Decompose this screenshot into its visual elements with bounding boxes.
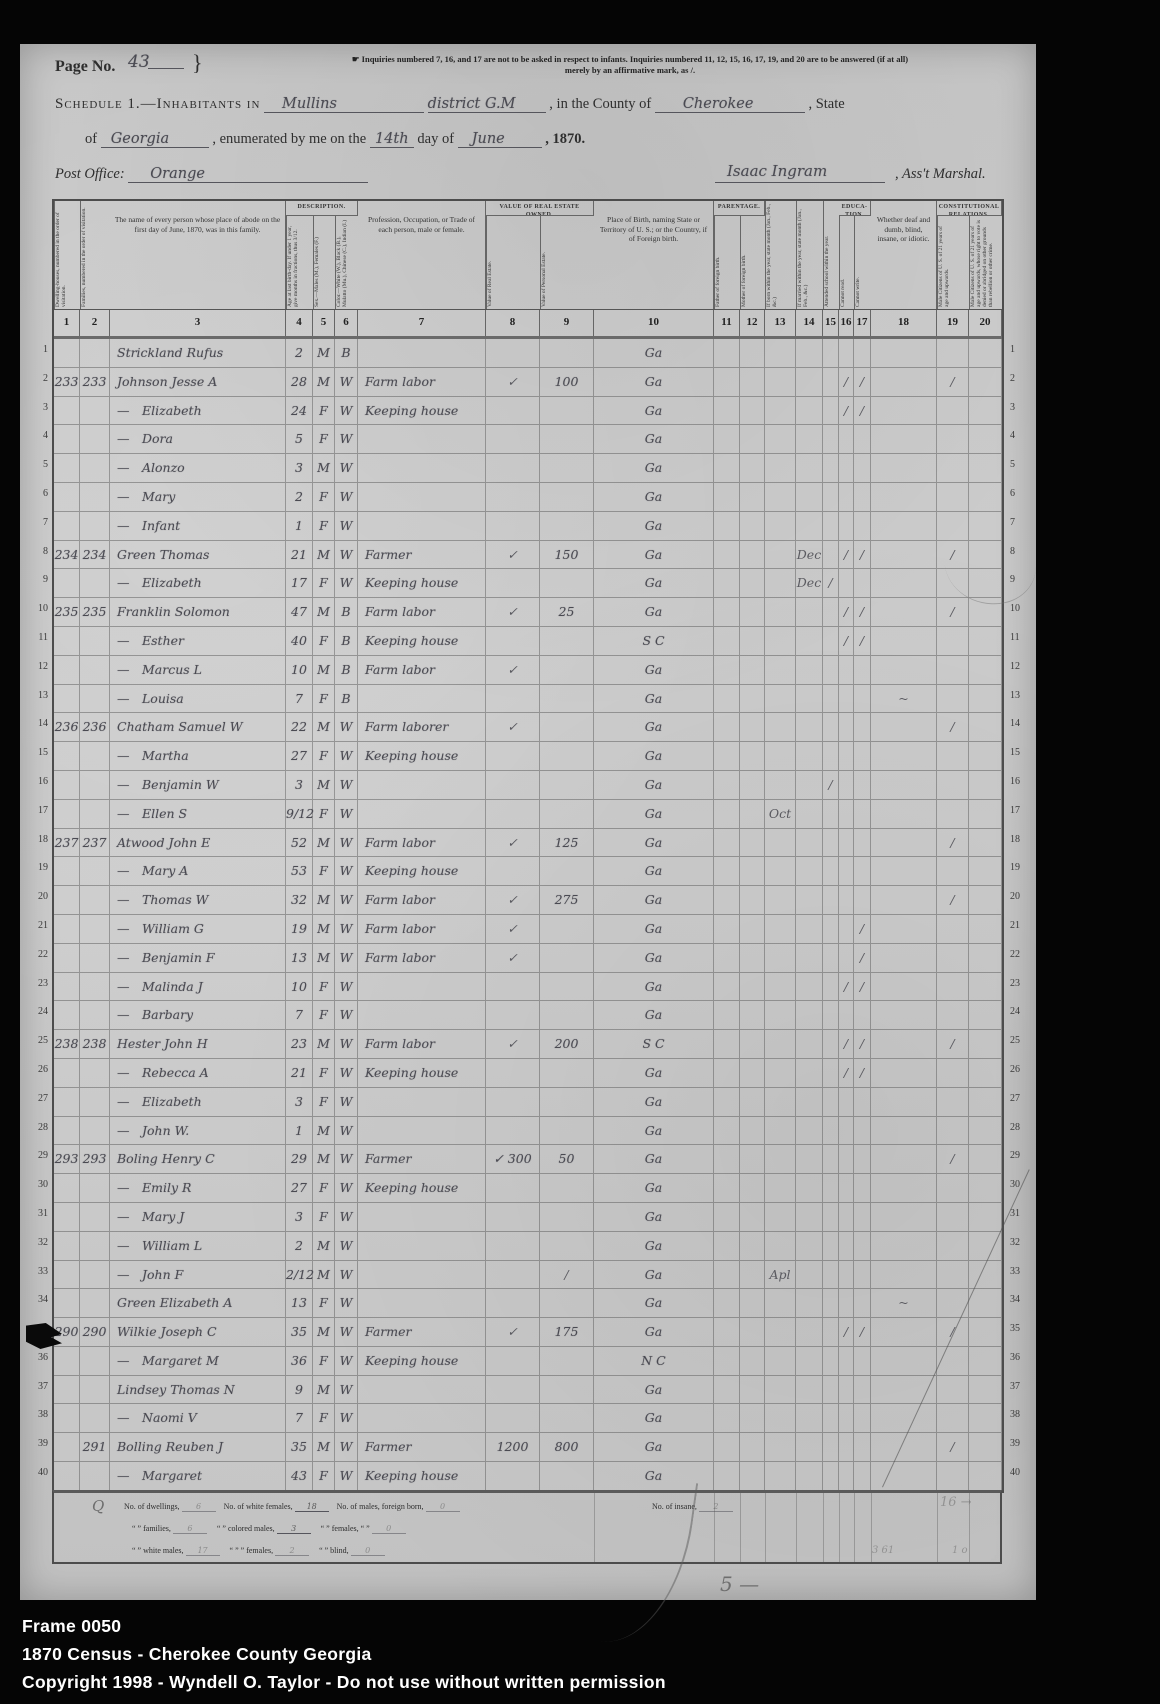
cell-col6: B <box>335 685 358 714</box>
cell-col1 <box>54 483 80 512</box>
cell-col17 <box>854 569 871 598</box>
cell-value-col7: Farm labor <box>365 374 435 389</box>
cell-col4: 28 <box>286 368 313 397</box>
cell-col5: F <box>313 569 335 598</box>
cell-value-col16: / <box>844 1036 848 1051</box>
cell-value-col4: 2 <box>295 345 303 360</box>
cell-col3: Green Thomas <box>110 541 286 570</box>
cell-col9 <box>540 771 594 800</box>
cell-col3: — Ellen S <box>110 800 286 829</box>
cell-col4: 40 <box>286 627 313 656</box>
marshal-title: , Ass't Marshal. <box>895 166 986 183</box>
cell-col19 <box>937 800 969 829</box>
cell-col7: Farm labor <box>358 656 486 685</box>
cell-col9 <box>540 1059 594 1088</box>
cell-value-col8: ✓ <box>507 921 517 936</box>
cell-value-col3: — Ellen S <box>117 806 187 821</box>
cell-col3: Atwood John E <box>110 829 286 858</box>
row-number: 2 <box>1010 365 1032 394</box>
cell-col7: Farmer <box>358 1433 486 1462</box>
cell-value-col10: Ga <box>645 1295 662 1310</box>
cell-col13 <box>765 1203 796 1232</box>
cell-col9: / <box>540 1261 594 1290</box>
cell-col19 <box>937 1462 969 1491</box>
day-value: 14th <box>370 131 414 148</box>
cell-col19 <box>937 483 969 512</box>
cell-value-col3: — Martha <box>117 748 189 763</box>
cell-col12 <box>740 339 765 368</box>
cell-value-col1: 238 <box>55 1036 79 1051</box>
cell-col2: 233 <box>80 368 110 397</box>
cell-value-col17: / <box>860 374 864 389</box>
cell-col16 <box>839 742 854 771</box>
cell-value-col3: Wilkie Joseph C <box>117 1324 217 1339</box>
cell-col13 <box>765 512 796 541</box>
cell-col8 <box>486 685 540 714</box>
cell-col8 <box>486 1289 540 1318</box>
cell-value-col7: Keeping house <box>365 748 458 763</box>
enumerated-label: , enumerated by me on the <box>212 131 366 147</box>
cell-col15 <box>823 512 839 541</box>
cell-col11 <box>714 368 740 397</box>
cell-col7 <box>358 1088 486 1117</box>
cell-value-col8: ✓ <box>507 835 517 850</box>
table-header: DESCRIPTION.VALUE OF REAL ESTATE OWNED.P… <box>54 201 1002 310</box>
cell-value-col10: S C <box>642 1036 664 1051</box>
cell-col20 <box>969 397 1002 426</box>
cell-value-col5: F <box>319 748 328 763</box>
cell-col15 <box>823 1203 839 1232</box>
cell-col7: Keeping house <box>358 857 486 886</box>
cell-col15 <box>823 1433 839 1462</box>
marshal-signature: Isaac Ingram <box>727 162 827 180</box>
row-number: 16 <box>26 768 48 797</box>
row-number: 4 <box>1010 422 1032 451</box>
cell-value-col2: 233 <box>83 374 107 389</box>
cell-col4: 7 <box>286 1404 313 1433</box>
cell-col9 <box>540 627 594 656</box>
cell-value-col3: — Dora <box>117 431 173 446</box>
cell-col18 <box>871 1117 937 1146</box>
cell-col3: Strickland Rufus <box>110 339 286 368</box>
cell-value-col10: Ga <box>645 460 662 475</box>
column-header-15: Attended school within the year. <box>823 201 839 309</box>
cell-value-col8: 1200 <box>497 1439 529 1454</box>
cell-value-col3: — Esther <box>117 633 184 648</box>
cell-col8 <box>486 569 540 598</box>
cell-col10: Ga <box>594 857 714 886</box>
cell-col6: W <box>335 800 358 829</box>
cell-value-col6: W <box>340 1382 353 1397</box>
cell-value-col5: F <box>319 863 328 878</box>
cell-value-col7: Farmer <box>365 1324 411 1339</box>
row-number: 10 <box>26 595 48 624</box>
cell-col5: F <box>313 973 335 1002</box>
cell-col13 <box>765 1289 796 1318</box>
cell-value-col5: M <box>317 662 330 677</box>
cell-value-col5: M <box>317 374 330 389</box>
cell-col16 <box>839 339 854 368</box>
cell-col16: / <box>839 627 854 656</box>
cell-col1 <box>54 685 80 714</box>
cell-value-col4: 7 <box>295 1007 303 1022</box>
cell-col10: S C <box>594 627 714 656</box>
cell-col16 <box>839 1289 854 1318</box>
cell-col17 <box>854 1433 871 1462</box>
cell-col16 <box>839 1404 854 1433</box>
cell-col7 <box>358 1117 486 1146</box>
row-number: 38 <box>26 1401 48 1430</box>
cell-value-col4: 13 <box>291 1295 307 1310</box>
cell-value-col4: 43 <box>291 1468 307 1483</box>
cell-col5: F <box>313 1289 335 1318</box>
column-number-8: 8 <box>486 310 540 336</box>
colored-males-value: 3 <box>277 1524 311 1534</box>
cell-col19 <box>937 1347 969 1376</box>
cell-value-col3: Chatham Samuel W <box>117 719 243 734</box>
cell-col4: 3 <box>286 1088 313 1117</box>
cell-col18 <box>871 627 937 656</box>
cell-value-col7: Farm laborer <box>365 719 448 734</box>
cell-value-col17: / <box>860 547 864 562</box>
signature-blank <box>715 182 885 183</box>
cell-col9: 25 <box>540 598 594 627</box>
cell-col1: 236 <box>54 713 80 742</box>
cell-col3: — William G <box>110 915 286 944</box>
cell-col2 <box>80 425 110 454</box>
census-table: DESCRIPTION.VALUE OF REAL ESTATE OWNED.P… <box>52 199 1004 1493</box>
cell-col4: 9 <box>286 1376 313 1405</box>
cell-col15 <box>823 1001 839 1030</box>
cell-col12 <box>740 742 765 771</box>
cell-col13 <box>765 1462 796 1491</box>
cell-col18 <box>871 1232 937 1261</box>
cell-value-col19: / <box>950 604 954 619</box>
cell-col20 <box>969 1347 1002 1376</box>
cell-value-col6: W <box>340 1267 353 1282</box>
cell-col5: F <box>313 1203 335 1232</box>
cell-col13 <box>765 483 796 512</box>
cell-value-col14: Dec <box>797 575 821 590</box>
cell-value-col7: Keeping house <box>365 863 458 878</box>
row-number: 17 <box>1010 797 1032 826</box>
cell-col6: W <box>335 454 358 483</box>
column-header-6: Color.—White (W.), Black (B.), Mulatto (… <box>335 216 358 309</box>
table-row: — Ellen S9/12FWGaOct <box>54 800 1002 829</box>
cell-col17 <box>854 1117 871 1146</box>
cell-col14: Dec <box>796 569 823 598</box>
cell-col2 <box>80 742 110 771</box>
cell-col18 <box>871 800 937 829</box>
cell-value-col7: Farm labor <box>365 1036 435 1051</box>
row-number: 38 <box>1010 1401 1032 1430</box>
table-row: — Infant1FWGa <box>54 512 1002 541</box>
cell-col7: Keeping house <box>358 1347 486 1376</box>
cell-col17 <box>854 829 871 858</box>
cell-col14 <box>796 1462 823 1491</box>
cell-col13 <box>765 454 796 483</box>
cell-col3: — Mary <box>110 483 286 512</box>
cell-value-col8: ✓ <box>507 1036 517 1051</box>
pencil-mark-top-right: 16 → <box>940 1495 972 1510</box>
cell-col18 <box>871 771 937 800</box>
cell-col6: W <box>335 425 358 454</box>
cell-col7 <box>358 1289 486 1318</box>
table-row: — Naomi V7FWGa <box>54 1404 1002 1433</box>
cell-value-col7: Farmer <box>365 547 411 562</box>
cell-col1 <box>54 1289 80 1318</box>
cell-value-col1: 233 <box>55 374 79 389</box>
cell-col7 <box>358 512 486 541</box>
row-number: 26 <box>1010 1056 1032 1085</box>
table-row: — Margaret43FWKeeping houseGa <box>54 1462 1002 1491</box>
cell-col14 <box>796 771 823 800</box>
cell-value-col10: Ga <box>645 1007 662 1022</box>
cell-col15 <box>823 541 839 570</box>
cell-col11 <box>714 339 740 368</box>
cell-col5: M <box>313 339 335 368</box>
cell-col20 <box>969 1376 1002 1405</box>
cell-value-col6: W <box>340 1295 353 1310</box>
cell-value-col13: Apl <box>769 1267 790 1282</box>
cell-value-col6: W <box>340 777 353 792</box>
cell-value-col7: Farm labor <box>365 921 435 936</box>
cell-col16 <box>839 1117 854 1146</box>
cell-col6: W <box>335 1289 358 1318</box>
table-row: 293293Boling Henry C29MWFarmer✓ 30050Ga/ <box>54 1145 1002 1174</box>
cell-col15 <box>823 1174 839 1203</box>
cell-value-col5: F <box>319 403 328 418</box>
cell-col10: Ga <box>594 1318 714 1347</box>
column-number-12: 12 <box>740 310 765 336</box>
cell-value-col3: Bolling Reuben J <box>117 1439 223 1454</box>
foreign-males-value: 0 <box>426 1502 460 1512</box>
cell-col4: 32 <box>286 886 313 915</box>
cell-col11 <box>714 397 740 426</box>
cell-value-col3: Lindsey Thomas N <box>117 1382 235 1397</box>
cell-col8 <box>486 512 540 541</box>
cell-col12 <box>740 771 765 800</box>
cell-col4: 5 <box>286 425 313 454</box>
cell-value-col8: ✓ <box>507 950 517 965</box>
cell-col10: Ga <box>594 541 714 570</box>
cell-col2 <box>80 512 110 541</box>
cell-value-col3: — Infant <box>117 518 180 533</box>
cell-col9 <box>540 713 594 742</box>
cell-value-col3: — Thomas W <box>117 892 208 907</box>
table-row: — Benjamin F13MWFarm labor✓Ga/ <box>54 944 1002 973</box>
cell-col4: 13 <box>286 1289 313 1318</box>
cell-value-col2: 234 <box>83 547 107 562</box>
film-caption: Frame 0050 1870 Census - Cherokee County… <box>22 1612 666 1696</box>
cell-col8 <box>486 483 540 512</box>
cell-value-col4: 35 <box>291 1439 307 1454</box>
cell-col6: W <box>335 1088 358 1117</box>
cell-col6: W <box>335 483 358 512</box>
cell-col18 <box>871 425 937 454</box>
summary-line-3: “ ” white males, 17 “ ” ” females, 2 “ ”… <box>132 1546 385 1556</box>
cell-col20 <box>969 339 1002 368</box>
cell-col4: 47 <box>286 598 313 627</box>
cell-col18 <box>871 1145 937 1174</box>
cell-value-col4: 47 <box>291 604 307 619</box>
cell-col14 <box>796 1261 823 1290</box>
cell-col19 <box>937 656 969 685</box>
cell-value-col10: Ga <box>645 662 662 677</box>
cell-col8: ✓ 300 <box>486 1145 540 1174</box>
cell-col3: — Mary J <box>110 1203 286 1232</box>
cell-col13 <box>765 656 796 685</box>
cell-col3: — Louisa <box>110 685 286 714</box>
row-number: 29 <box>26 1142 48 1171</box>
column-header-7: Profession, Occupation, or Trade of each… <box>358 201 486 309</box>
cell-col10: Ga <box>594 771 714 800</box>
cell-col6: W <box>335 512 358 541</box>
cell-col13 <box>765 1174 796 1203</box>
cell-col10: Ga <box>594 1261 714 1290</box>
cell-col7: Farm labor <box>358 944 486 973</box>
cell-col16 <box>839 656 854 685</box>
cell-col17 <box>854 857 871 886</box>
cell-col1: 293 <box>54 1145 80 1174</box>
cell-col12 <box>740 397 765 426</box>
cell-value-col17: / <box>860 403 864 418</box>
cell-col3: Hester John H <box>110 1030 286 1059</box>
cell-value-col10: S C <box>642 633 664 648</box>
cell-col9: 125 <box>540 829 594 858</box>
table-row: — Benjamin W3MWGa/ <box>54 771 1002 800</box>
cell-col10: Ga <box>594 598 714 627</box>
cell-value-col4: 13 <box>291 950 307 965</box>
cell-col14: Dec <box>796 541 823 570</box>
cell-col2 <box>80 944 110 973</box>
cell-col3: Boling Henry C <box>110 1145 286 1174</box>
cell-col7: Keeping house <box>358 742 486 771</box>
cell-value-col6: W <box>340 460 353 475</box>
cell-col9 <box>540 915 594 944</box>
row-number: 2 <box>26 365 48 394</box>
cell-col20 <box>969 1433 1002 1462</box>
cell-value-col4: 2 <box>295 1238 303 1253</box>
cell-col2 <box>80 1059 110 1088</box>
cell-col17 <box>854 742 871 771</box>
cell-col16 <box>839 1376 854 1405</box>
cell-col5: M <box>313 1318 335 1347</box>
cell-col7: Keeping house <box>358 1059 486 1088</box>
row-number: 5 <box>26 451 48 480</box>
row-number: 29 <box>1010 1142 1032 1171</box>
cell-value-col4: 32 <box>291 892 307 907</box>
cell-value-col19: / <box>950 1151 954 1166</box>
cell-value-col5: F <box>319 575 328 590</box>
cell-col12 <box>740 1001 765 1030</box>
cell-value-col16: / <box>844 979 848 994</box>
cell-col6: W <box>335 973 358 1002</box>
cell-col7: Farm labor <box>358 1030 486 1059</box>
row-number: 12 <box>1010 653 1032 682</box>
cell-col9 <box>540 1232 594 1261</box>
cell-col20 <box>969 1001 1002 1030</box>
cell-col18 <box>871 1174 937 1203</box>
cell-col13 <box>765 541 796 570</box>
cell-col7 <box>358 771 486 800</box>
cell-col4: 52 <box>286 829 313 858</box>
cell-value-col7: Keeping house <box>365 1065 458 1080</box>
cell-col12 <box>740 454 765 483</box>
state-value: Georgia <box>101 131 209 148</box>
row-number: 9 <box>26 566 48 595</box>
cell-col6: W <box>335 886 358 915</box>
cell-col9 <box>540 800 594 829</box>
cell-col4: 53 <box>286 857 313 886</box>
cell-col9 <box>540 1088 594 1117</box>
cell-col7 <box>358 1376 486 1405</box>
footer-column-line <box>969 1493 970 1562</box>
row-numbers-left: 1234567891011121314151617181920212223242… <box>26 336 48 1488</box>
cell-col17: / <box>854 627 871 656</box>
table-row: — Elizabeth17FWKeeping houseGaDec/ <box>54 569 1002 598</box>
cell-col2 <box>80 569 110 598</box>
cell-col14 <box>796 397 823 426</box>
cell-value-col1: 237 <box>55 835 79 850</box>
month-value: June <box>458 131 542 148</box>
cell-col17: / <box>854 915 871 944</box>
cell-col20 <box>969 713 1002 742</box>
cell-col15 <box>823 425 839 454</box>
cell-col13 <box>765 569 796 598</box>
cell-value-col7: Farm labor <box>365 835 435 850</box>
cell-col19 <box>937 1261 969 1290</box>
table-row: 238238Hester John H23MWFarm labor✓200S C… <box>54 1030 1002 1059</box>
cell-col12 <box>740 1059 765 1088</box>
cell-col13 <box>765 368 796 397</box>
cell-value-col6: B <box>341 604 350 619</box>
post-office-line: Post Office: Orange Isaac Ingram , Ass't… <box>55 166 1005 183</box>
cell-col18 <box>871 886 937 915</box>
cell-col6: W <box>335 1145 358 1174</box>
cell-col14 <box>796 368 823 397</box>
cell-col17 <box>854 483 871 512</box>
cell-col15 <box>823 397 839 426</box>
cell-col4: 21 <box>286 541 313 570</box>
cell-value-col10: Ga <box>645 1065 662 1080</box>
cell-col2 <box>80 1117 110 1146</box>
cell-col16: / <box>839 1059 854 1088</box>
cell-value-col10: Ga <box>645 345 662 360</box>
cell-value-col6: B <box>341 345 350 360</box>
cell-col7: Farm labor <box>358 368 486 397</box>
cell-col17 <box>854 1261 871 1290</box>
cell-col2 <box>80 886 110 915</box>
cell-col6: W <box>335 1059 358 1088</box>
cell-col3: — Malinda J <box>110 973 286 1002</box>
cell-value-col16: / <box>844 403 848 418</box>
cell-value-col3: — John F <box>117 1267 183 1282</box>
row-number: 24 <box>1010 998 1032 1027</box>
cell-col16 <box>839 685 854 714</box>
cell-col10: Ga <box>594 1404 714 1433</box>
cell-col17 <box>854 1404 871 1433</box>
cell-col7: Keeping house <box>358 1462 486 1491</box>
cell-col16 <box>839 1001 854 1030</box>
cell-col18 <box>871 1318 937 1347</box>
cell-col15 <box>823 1059 839 1088</box>
page-no-brace: } <box>192 50 203 76</box>
cell-col18 <box>871 339 937 368</box>
caption-title: 1870 Census - Cherokee County Georgia <box>22 1640 666 1668</box>
cell-col2: 237 <box>80 829 110 858</box>
cell-col5: F <box>313 1174 335 1203</box>
